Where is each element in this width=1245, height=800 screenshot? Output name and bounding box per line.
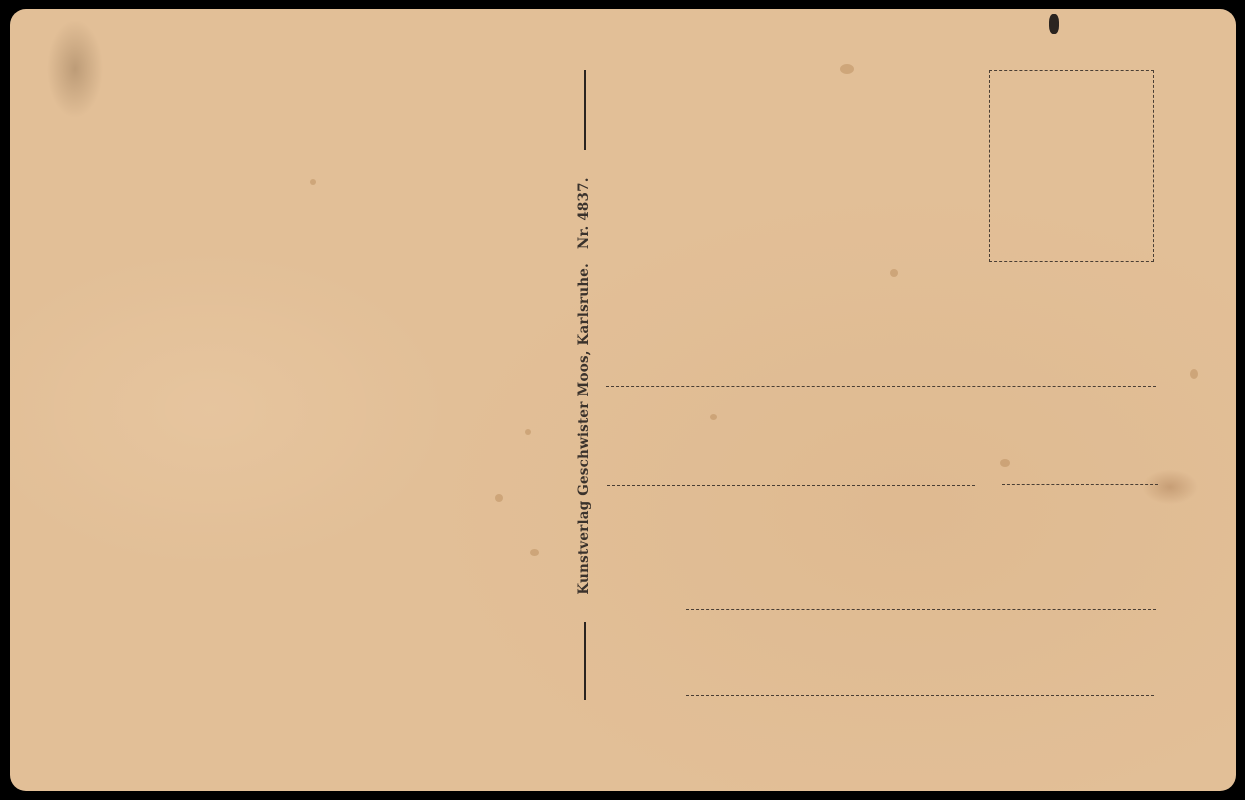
card-number: Nr. 4837.: [576, 177, 592, 249]
stain-spot: [310, 179, 316, 185]
stain-spot: [525, 429, 531, 435]
publisher-name: Kunstverlag Geschwister Moos, Karlsruhe.: [576, 263, 592, 595]
address-line-1: [606, 386, 1156, 387]
stain-spot: [495, 494, 503, 502]
stamp-box: [989, 70, 1154, 262]
ink-blot: [1049, 14, 1059, 34]
stain-spot: [890, 269, 898, 277]
stain-spot: [840, 64, 854, 74]
stain-spot: [710, 414, 717, 420]
stain-spot: [530, 549, 539, 556]
address-line-4: [686, 695, 1154, 696]
address-line-2a: [607, 485, 975, 486]
stain-spot: [1190, 369, 1198, 379]
address-line-3: [686, 609, 1156, 610]
publisher-imprint: Kunstverlag Geschwister Moos, Karlsruhe.…: [576, 177, 592, 594]
address-line-2b: [1002, 484, 1158, 485]
divider-line-top: [584, 70, 586, 150]
divider-line-bottom: [584, 622, 586, 700]
stain-spot: [1000, 459, 1010, 467]
